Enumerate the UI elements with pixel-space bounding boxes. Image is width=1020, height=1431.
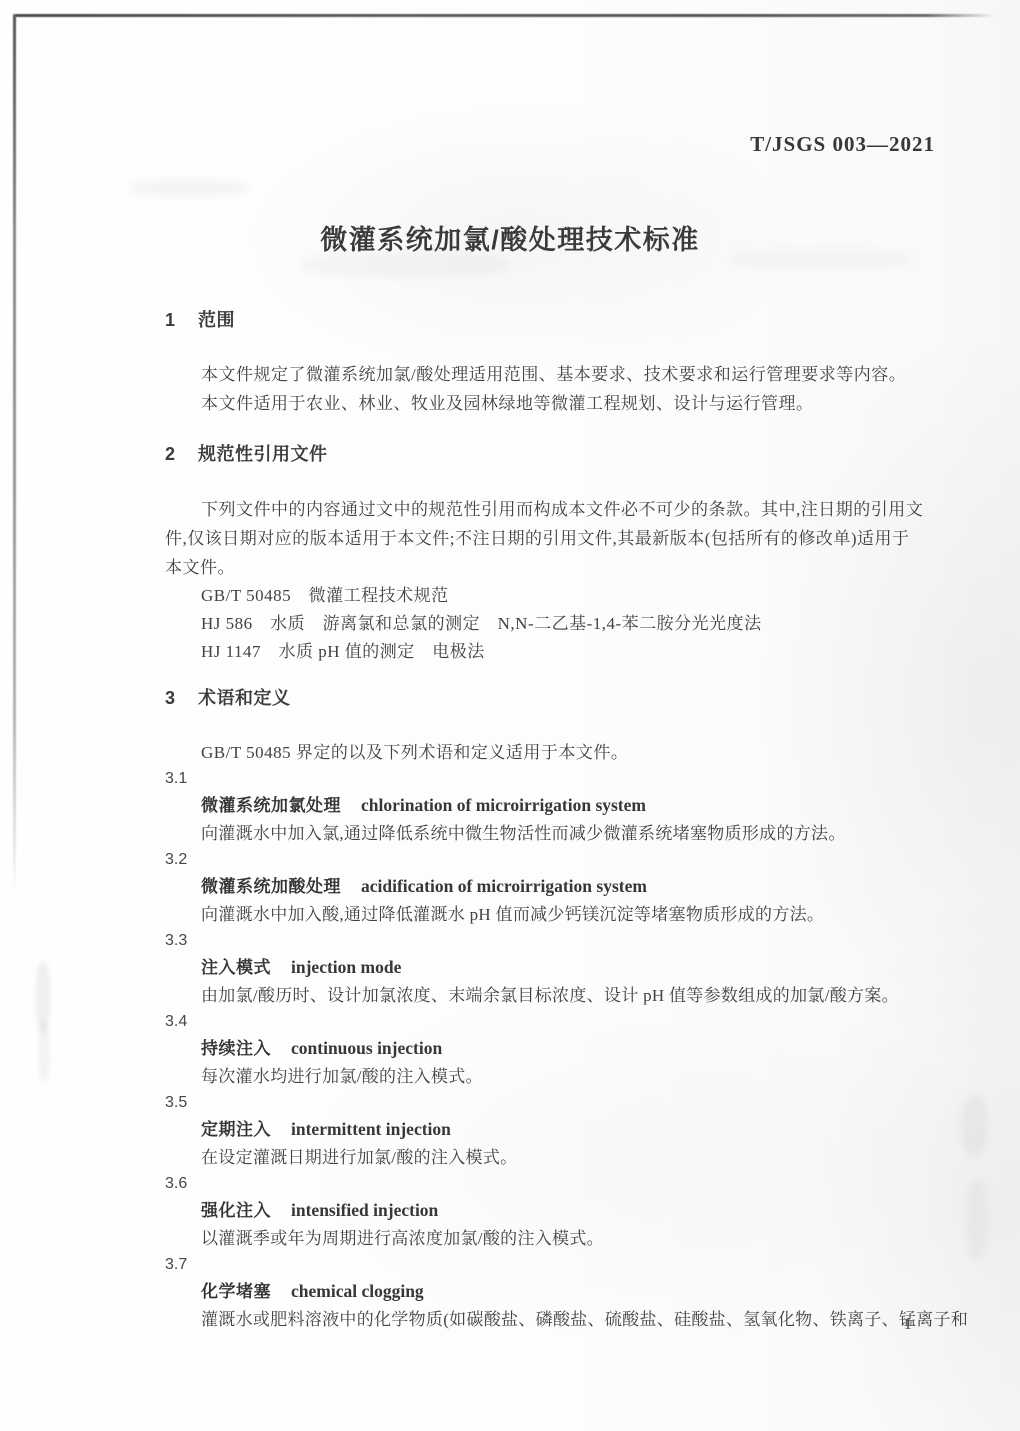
term-entry: 3.5 定期注入intermittent injection 在设定灌溉日期进行… (165, 1090, 937, 1171)
term-name-english: acidification of microirrigation system (361, 876, 647, 896)
section-title: 术语和定义 (198, 688, 291, 708)
paragraph-line: 本文件。 (165, 553, 937, 582)
term-heading: 化学堵塞chemical clogging (165, 1278, 937, 1306)
term-entry: 3.4 持续注入continuous injection 每次灌水均进行加氯/酸… (165, 1009, 937, 1090)
term-name-chinese: 持续注入 (201, 1039, 271, 1058)
term-number: 3.3 (165, 928, 937, 954)
term-number: 3.4 (165, 1009, 937, 1035)
term-name-chinese: 注入模式 (201, 958, 271, 977)
standard-code: T/JSGS 003—2021 (750, 132, 935, 157)
term-heading: 注入模式injection mode (165, 954, 937, 982)
paragraph-line: 件,仅该日期对应的版本适用于本文件;不注日期的引用文件,其最新版本(包括所有的修… (165, 524, 937, 553)
term-entry: 3.3 注入模式injection mode 由加氯/酸历时、设计加氯浓度、末端… (165, 928, 937, 1009)
term-definition: 以灌溉季或年为周期进行高浓度加氯/酸的注入模式。 (165, 1225, 937, 1252)
term-heading: 定期注入intermittent injection (165, 1116, 937, 1144)
scan-smudge (962, 1095, 988, 1155)
term-name-english: intermittent injection (291, 1119, 451, 1139)
term-definition: 由加氯/酸历时、设计加氯浓度、末端余氯目标浓度、设计 pH 值等参数组成的加氯/… (165, 982, 937, 1009)
terms-and-definitions-list: 3.1 微灌系统加氯处理chlorination of microirrigat… (165, 766, 937, 1333)
scope-paragraph-2: 本文件适用于农业、林业、牧业及园林绿地等微灌工程规划、设计与运行管理。 (165, 389, 937, 418)
section-title: 规范性引用文件 (198, 444, 328, 464)
term-heading: 持续注入continuous injection (165, 1035, 937, 1063)
term-definition: 向灌溉水中加入氯,通过降低系统中微生物活性而减少微灌系统堵塞物质形成的方法。 (165, 820, 937, 847)
scan-top-edge-line (15, 14, 995, 17)
term-number: 3.2 (165, 847, 937, 873)
term-entry: 3.7 化学堵塞chemical clogging 灌溉水或肥料溶液中的化学物质… (165, 1252, 937, 1333)
scanned-document-page: T/JSGS 003—2021 微灌系统加氯/酸处理技术标准 1范围 本文件规定… (0, 0, 1020, 1431)
reference-list: GB/T 50485 微灌工程技术规范 HJ 586 水质 游离氯和总氯的测定 … (165, 582, 937, 666)
term-name-chinese: 微灌系统加酸处理 (201, 877, 341, 896)
term-name-english: chemical clogging (291, 1281, 424, 1301)
term-name-chinese: 定期注入 (201, 1120, 271, 1139)
term-name-english: injection mode (291, 957, 401, 977)
section-number: 2 (165, 442, 183, 466)
reference-item: HJ 1147 水质 pH 值的测定 电极法 (165, 638, 937, 666)
section-number: 3 (165, 686, 183, 710)
term-definition: 在设定灌溉日期进行加氯/酸的注入模式。 (165, 1144, 937, 1171)
paragraph-line: 下列文件中的内容通过文中的规范性引用而构成本文件必不可少的条款。其中,注日期的引… (165, 495, 937, 524)
term-name-english: chlorination of microirrigation system (361, 795, 646, 815)
term-number: 3.5 (165, 1090, 937, 1116)
term-name-chinese: 微灌系统加氯处理 (201, 796, 341, 815)
term-heading: 微灌系统加氯处理chlorination of microirrigation … (165, 792, 937, 820)
terms-intro-paragraph: GB/T 50485 界定的以及下列术语和定义适用于本文件。 (165, 740, 937, 766)
term-number: 3.6 (165, 1171, 937, 1197)
section-3-heading: 3术语和定义 (165, 686, 937, 710)
section-2-heading: 2规范性引用文件 (165, 442, 937, 466)
term-number: 3.7 (165, 1252, 937, 1278)
reference-item: GB/T 50485 微灌工程技术规范 (165, 582, 937, 610)
section-number: 1 (165, 308, 183, 332)
reference-item: HJ 586 水质 游离氯和总氯的测定 N,N-二乙基-1,4-苯二胺分光光度法 (165, 610, 937, 638)
term-heading: 强化注入intensified injection (165, 1197, 937, 1225)
scan-smudge (130, 180, 250, 196)
term-number: 3.1 (165, 766, 937, 792)
term-name-chinese: 强化注入 (201, 1201, 271, 1220)
document-title: 微灌系统加氯/酸处理技术标准 (0, 218, 1020, 257)
term-heading: 微灌系统加酸处理acidification of microirrigation… (165, 873, 937, 901)
term-name-english: intensified injection (291, 1200, 438, 1220)
normative-references-paragraph: 下列文件中的内容通过文中的规范性引用而构成本文件必不可少的条款。其中,注日期的引… (165, 495, 937, 582)
term-entry: 3.6 强化注入intensified injection 以灌溉季或年为周期进… (165, 1171, 937, 1252)
section-1-heading: 1范围 (165, 308, 937, 332)
scan-smudge (966, 1180, 988, 1260)
term-name-chinese: 化学堵塞 (201, 1282, 271, 1301)
term-definition: 每次灌水均进行加氯/酸的注入模式。 (165, 1063, 937, 1090)
term-definition: 向灌溉水中加入酸,通过降低灌溉水 pH 值而减少钙镁沉淀等堵塞物质形成的方法。 (165, 901, 937, 928)
term-definition: 灌溉水或肥料溶液中的化学物质(如碳酸盐、磷酸盐、硫酸盐、硅酸盐、氢氧化物、铁离子… (165, 1306, 937, 1333)
scan-smudge (38, 1022, 50, 1082)
page-number: 1 (904, 1314, 913, 1334)
scan-left-edge-line (13, 14, 16, 894)
scope-paragraph-1: 本文件规定了微灌系统加氯/酸处理适用范围、基本要求、技术要求和运行管理要求等内容… (165, 360, 937, 389)
term-entry: 3.2 微灌系统加酸处理acidification of microirriga… (165, 847, 937, 928)
term-name-english: continuous injection (291, 1038, 442, 1058)
term-entry: 3.1 微灌系统加氯处理chlorination of microirrigat… (165, 766, 937, 847)
document-body: 1范围 本文件规定了微灌系统加氯/酸处理适用范围、基本要求、技术要求和运行管理要… (165, 308, 937, 1333)
section-title: 范围 (198, 310, 235, 330)
